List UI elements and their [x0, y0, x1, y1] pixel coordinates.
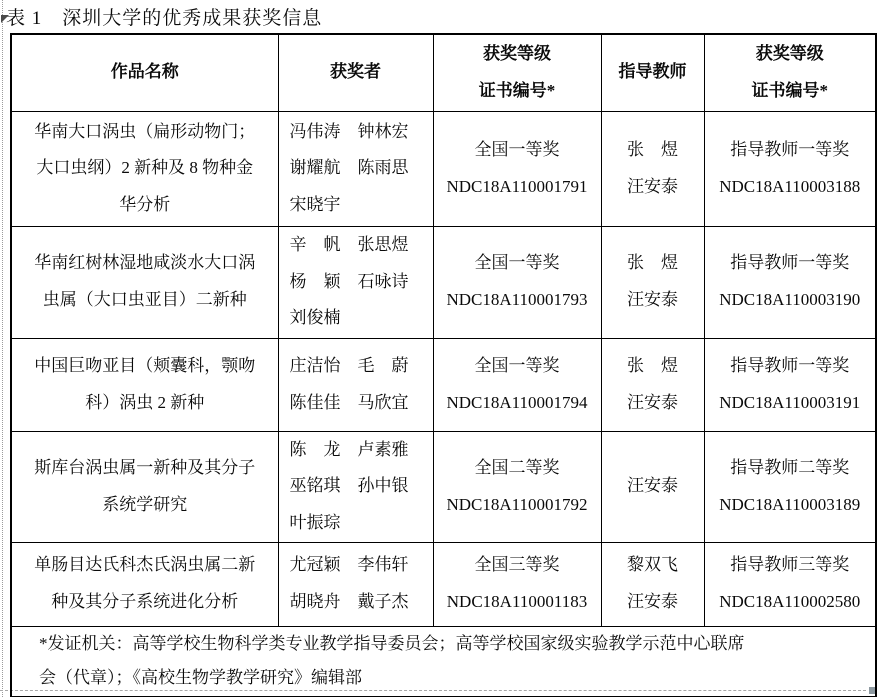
col-header-work: 作品名称	[11, 34, 278, 111]
table-row: 斯库台涡虫属一新种及其分子 系统学研究 陈 龙 卢素雅 巫铭琪 孙中银 叶振琮 …	[11, 431, 876, 542]
advisor-cell: 汪安泰	[601, 431, 704, 542]
advisor-cert-cell: 指导教师三等奖 NDC18A110002580	[704, 542, 876, 626]
advisor-cell: 张 煜 汪安泰	[601, 226, 704, 338]
table-row: 华南大口涡虫（扁形动物门； 大口虫纲）2 新种及 8 物种金 华分析 冯伟涛 钟…	[11, 111, 876, 226]
advisor-cell: 张 煜 汪安泰	[601, 338, 704, 431]
footnote-row: *发证机关：高等学校生物科学类专业教学指导委员会；高等学校国家级实验教学示范中心…	[11, 626, 876, 697]
winners-cell: 辛 帆 张思煜 杨 颖 石咏诗 刘俊楠	[278, 226, 433, 338]
table-row: 中国巨吻亚目（颊囊科，颚吻 科）涡虫 2 新种 庄洁怡 毛 蔚 陈佳佳 马欣宜 …	[11, 338, 876, 431]
work-cell: 华南红树林湿地咸淡水大口涡 虫属（大口虫亚目）二新种	[11, 226, 278, 338]
advisor-cert-cell: 指导教师一等奖 NDC18A110003190	[704, 226, 876, 338]
awards-table: 作品名称 获奖者 获奖等级 证书编号* 指导教师 获奖等级 证书编号* 华南大口…	[10, 33, 877, 697]
text-boundary-left	[2, 0, 3, 697]
advisor-cert-cell: 指导教师二等奖 NDC18A110003189	[704, 431, 876, 542]
award-cert-cell: 全国一等奖 NDC18A110001791	[433, 111, 601, 226]
table-caption: 表 1 深圳大学的优秀成果获奖信息	[6, 3, 322, 30]
header-row: 作品名称 获奖者 获奖等级 证书编号* 指导教师 获奖等级 证书编号*	[11, 34, 876, 111]
award-cert-cell: 全国一等奖 NDC18A110001794	[433, 338, 601, 431]
col-header-advisor: 指导教师	[601, 34, 704, 111]
award-cert-cell: 全国二等奖 NDC18A110001792	[433, 431, 601, 542]
advisor-cert-cell: 指导教师一等奖 NDC18A110003188	[704, 111, 876, 226]
award-cert-cell: 全国一等奖 NDC18A110001793	[433, 226, 601, 338]
winners-cell: 陈 龙 卢素雅 巫铭琪 孙中银 叶振琮	[278, 431, 433, 542]
work-cell: 单肠目达氏科杰氏涡虫属二新 种及其分子系统进化分析	[11, 542, 278, 626]
work-cell: 华南大口涡虫（扁形动物门； 大口虫纲）2 新种及 8 物种金 华分析	[11, 111, 278, 226]
winners-cell: 尤冠颖 李伟轩 胡晓舟 戴子杰	[278, 542, 433, 626]
col-header-award-cert: 获奖等级 证书编号*	[433, 34, 601, 111]
footnote-cell: *发证机关：高等学校生物科学类专业教学指导委员会；高等学校国家级实验教学示范中心…	[11, 626, 876, 697]
advisor-cert-cell: 指导教师一等奖 NDC18A110003191	[704, 338, 876, 431]
winners-cell: 庄洁怡 毛 蔚 陈佳佳 马欣宜	[278, 338, 433, 431]
advisor-cell: 黎双飞 汪安泰	[601, 542, 704, 626]
advisor-cell: 张 煜 汪安泰	[601, 111, 704, 226]
col-header-advisor-cert: 获奖等级 证书编号*	[704, 34, 876, 111]
table-row: 单肠目达氏科杰氏涡虫属二新 种及其分子系统进化分析 尤冠颖 李伟轩 胡晓舟 戴子…	[11, 542, 876, 626]
table-row: 华南红树林湿地咸淡水大口涡 虫属（大口虫亚目）二新种 辛 帆 张思煜 杨 颖 石…	[11, 226, 876, 338]
work-cell: 斯库台涡虫属一新种及其分子 系统学研究	[11, 431, 278, 542]
winners-cell: 冯伟涛 钟林宏 谢耀航 陈雨思 宋晓宇	[278, 111, 433, 226]
col-header-winners: 获奖者	[278, 34, 433, 111]
work-cell: 中国巨吻亚目（颊囊科，颚吻 科）涡虫 2 新种	[11, 338, 278, 431]
award-cert-cell: 全国三等奖 NDC18A110001183	[433, 542, 601, 626]
